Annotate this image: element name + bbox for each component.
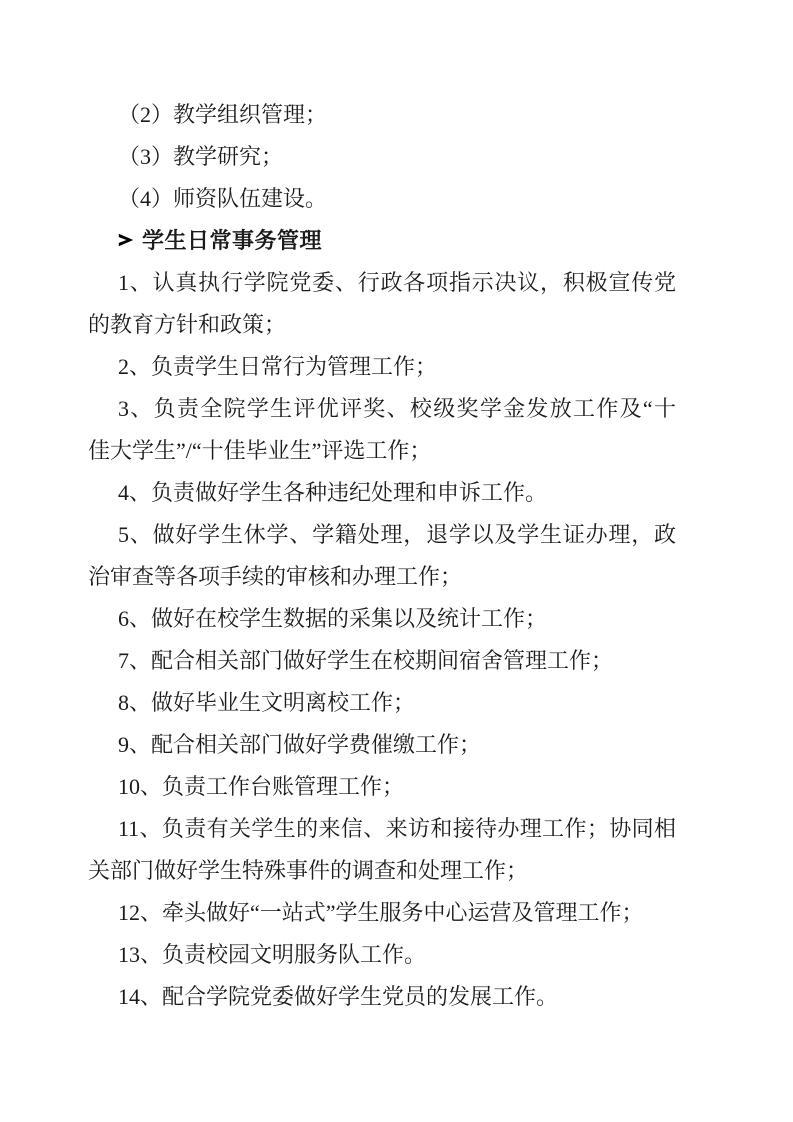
- section-title: 学生日常事务管理: [142, 220, 322, 262]
- duty-line: 9、配合相关部门做好学费催缴工作；: [88, 724, 676, 766]
- duty-line: 8、做好毕业生文明离校工作；: [88, 682, 676, 724]
- text-block: （2）教学组织管理；（3）教学研究；（4）师资队伍建设。学生日常事务管理1、认真…: [88, 94, 676, 1018]
- duty-line: 7、配合相关部门做好学生在校期间宿舍管理工作；: [88, 640, 676, 682]
- arrowhead-right-icon: [117, 231, 135, 249]
- duty-line: 10、负责工作台账管理工作；: [88, 766, 676, 808]
- duty-line: 1、认真执行学院党委、行政各项指示决议，积极宣传党: [88, 262, 676, 304]
- duty-line: 2、负责学生日常行为管理工作；: [88, 346, 676, 388]
- duty-line: 3、负责全院学生评优评奖、校级奖学金发放工作及“十: [88, 388, 676, 430]
- duty-line: 的教育方针和政策；: [88, 304, 676, 346]
- intro-line: （2）教学组织管理；: [88, 94, 676, 136]
- duty-line: 11、负责有关学生的来信、来访和接待办理工作；协同相: [88, 808, 676, 850]
- duty-line: 5、做好学生休学、学籍处理，退学以及学生证办理，政: [88, 514, 676, 556]
- section-heading: 学生日常事务管理: [88, 220, 676, 262]
- duty-line: 6、做好在校学生数据的采集以及统计工作；: [88, 598, 676, 640]
- intro-line: （3）教学研究；: [88, 136, 676, 178]
- duty-line: 12、牵头做好“一站式”学生服务中心运营及管理工作；: [88, 892, 676, 934]
- document-page: （2）教学组织管理；（3）教学研究；（4）师资队伍建设。学生日常事务管理1、认真…: [0, 0, 793, 1122]
- duty-line: 4、负责做好学生各种违纪处理和申诉工作。: [88, 472, 676, 514]
- duty-line: 治审查等各项手续的审核和办理工作；: [88, 556, 676, 598]
- duty-line: 13、负责校园文明服务队工作。: [88, 934, 676, 976]
- duty-line: 佳大学生”/“十佳毕业生”评选工作；: [88, 430, 676, 472]
- duty-line: 关部门做好学生特殊事件的调查和处理工作；: [88, 850, 676, 892]
- duty-line: 14、配合学院党委做好学生党员的发展工作。: [88, 976, 676, 1018]
- intro-line: （4）师资队伍建设。: [88, 178, 676, 220]
